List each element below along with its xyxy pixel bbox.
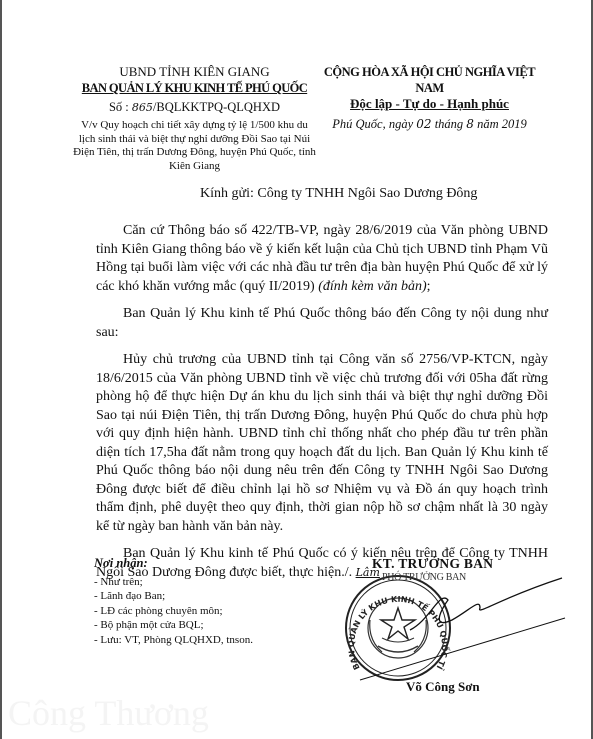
date-month: 8 xyxy=(466,117,474,131)
number-prefix: Số : xyxy=(109,100,132,114)
page-border-left xyxy=(0,0,2,739)
national-header: CỘNG HÒA XÃ HỘI CHỦ NGHĨA VIỆT NAM Độc l… xyxy=(312,64,547,134)
recipients-block: Nơi nhận: - Như trên; - Lãnh đạo Ban; - … xyxy=(94,556,253,647)
recipients-title: Nơi nhận: xyxy=(94,556,253,571)
recipient-item: - LĐ các phòng chuyên môn; xyxy=(94,604,253,619)
signer-sub-role: PHÓ TRƯỞNG BAN xyxy=(382,572,466,583)
issuing-agency-header: UBND TỈNH KIÊN GIANG BAN QUẢN LÝ KHU KIN… xyxy=(72,64,317,173)
recipient-item: - Bộ phận một cửa BQL; xyxy=(94,618,253,633)
document-body: Căn cứ Thông báo số 422/TB-VP, ngày 28/6… xyxy=(96,222,548,591)
signature-block: BAN QUẢN LÝ KHU KINH TẾ PHÚ QUỐC TỈNH KI… xyxy=(330,550,570,700)
national-title: CỘNG HÒA XÃ HỘI CHỦ NGHĨA VIỆT NAM xyxy=(312,64,547,96)
recipient-item: - Lãnh đạo Ban; xyxy=(94,589,253,604)
watermark: Công Thương xyxy=(8,692,209,734)
issue-date: Phú Quốc, ngày 02 tháng 8 năm 2019 xyxy=(312,114,547,134)
signer-role: KT. TRƯỞNG BAN xyxy=(372,556,493,572)
paragraph-content: Hủy chủ trương của UBND tỉnh tại Công vă… xyxy=(96,351,548,536)
document-subject: V/v Quy hoạch chi tiết xây dựng tỷ lệ 1/… xyxy=(72,119,317,173)
addressee-line: Kính gửi: Công ty TNHH Ngôi Sao Dương Đô… xyxy=(200,186,477,202)
authority-name: UBND TỈNH KIÊN GIANG xyxy=(72,64,317,80)
agency-name: BAN QUẢN LÝ KHU KINH TẾ PHÚ QUỐC xyxy=(72,80,317,96)
paragraph-intro: Ban Quản lý Khu kinh tế Phú Quốc thông b… xyxy=(96,305,548,342)
paragraph-basis: Căn cứ Thông báo số 422/TB-VP, ngày 28/6… xyxy=(96,222,548,296)
number-handwritten: 865 xyxy=(132,101,153,114)
recipient-item: - Lưu: VT, Phòng QLQHXD, tnson. xyxy=(94,633,253,648)
national-motto: Độc lập - Tự do - Hạnh phúc xyxy=(312,96,547,112)
recipient-item: - Như trên; xyxy=(94,575,253,590)
number-suffix: /BQLKKTPQ-QLQHXD xyxy=(153,100,280,114)
document-number: Số : 865/BQLKKTPQ-QLQHXD xyxy=(72,98,317,117)
signer-name: Võ Công Sơn xyxy=(406,679,480,695)
date-day: 02 xyxy=(416,117,431,131)
